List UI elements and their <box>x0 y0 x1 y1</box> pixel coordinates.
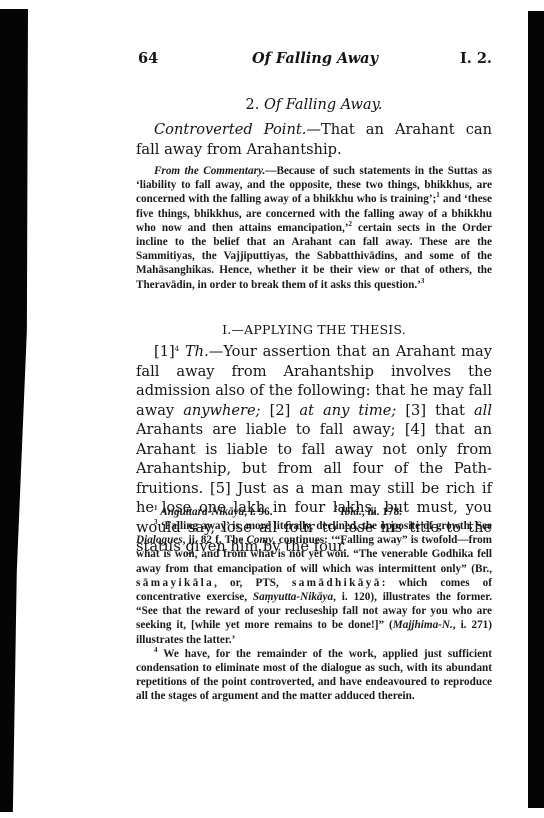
section-title: 2. Of Falling Away. <box>136 97 492 113</box>
commentary-paragraph: From the Commentary.—Because of such sta… <box>136 164 492 292</box>
thesis-text: [3] that <box>396 402 474 419</box>
controverted-point-label: Controverted Point. <box>154 121 306 138</box>
footnote-number: 3 <box>154 518 158 526</box>
footnote-4: 4 We have, for the remainder of the work… <box>136 647 492 704</box>
emphasis-all: all <box>474 402 492 419</box>
footnote-ref-text: , iii. 178. <box>362 506 402 518</box>
footnote-ref-4[interactable]: 4 <box>175 345 179 353</box>
scan-edge-shadow-right <box>528 11 544 808</box>
scan-binding-shadow-left <box>0 9 28 812</box>
footnote-number: 4 <box>154 646 158 654</box>
section-reference: I. 2. <box>460 50 492 67</box>
footnote-ref-text: , i. 96. <box>244 506 272 518</box>
footnote-2: 2 Ibid., iii. 178. <box>334 505 402 519</box>
running-title: Of Falling Away <box>138 50 492 67</box>
running-head: 64 Of Falling Away I. 2. <box>138 50 492 70</box>
footnote-source: Anguttara-Nikāya <box>160 506 244 518</box>
footnote-text: , or, PTS, <box>214 577 292 589</box>
pali-term: samādhikāyā <box>292 577 382 589</box>
footnote-ref-3[interactable]: 3 <box>421 277 425 285</box>
footnote-1: 1 Anguttara-Nikāya, i. 96. <box>154 506 273 518</box>
footnote-number: 1 <box>154 504 158 512</box>
controverted-point: Controverted Point.—That an Arahant can … <box>136 120 492 159</box>
subheading: I.—APPLYING THE THESIS. <box>136 322 492 337</box>
section-number: 2. <box>246 97 260 113</box>
footnote-source: Comy. <box>246 534 275 546</box>
footnote-number: 2 <box>334 504 338 512</box>
emphasis-any-time: at any time; <box>299 402 396 419</box>
footnote-text: ‘Falling away’ is, more literally, decli… <box>161 520 492 532</box>
footnotes: 1 Anguttara-Nikāya, i. 96. 2 Ibid., iii.… <box>136 505 492 704</box>
pali-term: sāmayikāla <box>136 577 214 589</box>
footnote-source: Ibid. <box>340 506 361 518</box>
footnote-3: 3 ‘Falling away’ is, more literally, dec… <box>136 519 492 647</box>
paragraph-marker: [1] <box>154 343 175 360</box>
footnote-text: We have, for the remainder of the work, … <box>136 648 492 703</box>
footnote-source: Saṃyutta-Nikāya <box>253 591 333 603</box>
paragraph-marker: [2] <box>261 402 300 419</box>
emphasis-anywhere: anywhere; <box>183 402 260 419</box>
footnote-text: , ii. 82 f. The <box>183 534 247 546</box>
commentary-label: From the Commentary. <box>154 165 265 177</box>
footnote-1-2-row: 1 Anguttara-Nikāya, i. 96. 2 Ibid., iii.… <box>136 505 492 519</box>
footnote-source: Majjhima-N. <box>393 619 453 631</box>
section-title-text: Of Falling Away. <box>264 97 382 113</box>
speaker-label: Th. <box>185 343 209 360</box>
footnote-source: Dialogues <box>136 534 183 546</box>
